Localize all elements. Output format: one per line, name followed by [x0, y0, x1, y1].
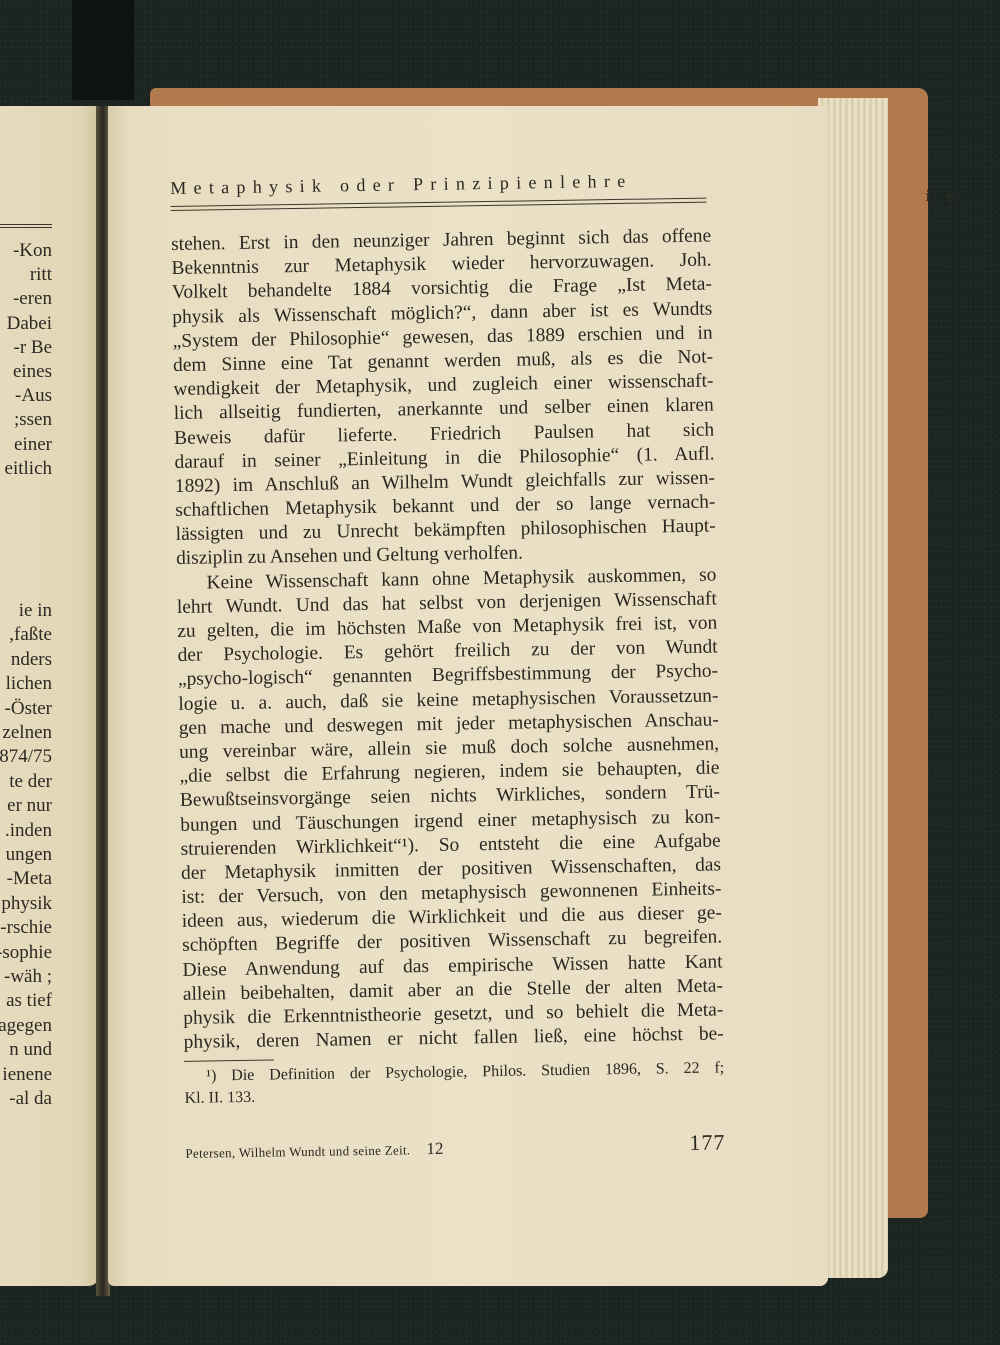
page-number: 177 — [689, 1130, 725, 1157]
left-page-line: Öster- — [0, 698, 52, 720]
left-page-line: ritt — [0, 264, 52, 286]
left-page-line: physik — [0, 893, 52, 915]
signature-number: 12 — [426, 1139, 443, 1158]
left-head-rule — [0, 224, 52, 228]
left-page-line: agegen — [0, 1015, 52, 1037]
footnote: ¹) Die Definition der Psychologie, Philo… — [184, 1058, 725, 1110]
left-page-line: inden. — [0, 820, 52, 842]
left-page-line: Kon- — [0, 240, 52, 262]
right-page-content: Metaphysik oder Prinzipienlehre stehen. … — [170, 162, 726, 1165]
left-page-line: 874/75 — [0, 746, 52, 768]
left-page-line: ungen — [0, 844, 52, 866]
printer-signature: Petersen, Wilhelm Wundt und seine Zeit. — [185, 1143, 410, 1162]
body-text: stehen. Erst in den neunziger Jahren beg… — [171, 225, 724, 1056]
left-page-line: er nur — [0, 795, 52, 817]
left-page-line: eitlich — [0, 458, 52, 480]
left-page-line: as tief — [0, 990, 52, 1012]
left-page-line: faßte, — [0, 624, 52, 646]
left-running-head: i e — [925, 186, 960, 206]
left-page-line: nders — [0, 649, 52, 671]
left-page-line: al da- — [0, 1088, 52, 1110]
left-page-line: rschie- — [0, 917, 52, 939]
left-page-line: Meta- — [0, 868, 52, 890]
left-page-line: sophie- — [0, 942, 52, 964]
left-page-line: Dabei — [0, 313, 52, 335]
left-page-line: r Be- — [0, 337, 52, 359]
left-page-line: zelnen — [0, 722, 52, 744]
footnote-rule — [184, 1060, 274, 1062]
left-page-line: ienene — [0, 1064, 52, 1086]
left-page-line: Aus- — [0, 385, 52, 407]
left-page-line: einer — [0, 434, 52, 456]
page-edges — [818, 98, 888, 1278]
left-page-line: lichen — [0, 673, 52, 695]
running-head: Metaphysik oder Prinzipienlehre — [170, 162, 710, 204]
left-page-line: ssen; — [0, 409, 52, 431]
left-page-line: ; wäh- — [0, 966, 52, 988]
left-page-line: te der — [0, 771, 52, 793]
left-page-line: n und — [0, 1039, 52, 1061]
left-page-line: eines — [0, 361, 52, 383]
left-page-line: eren- — [0, 288, 52, 310]
left-page-line: ie in — [0, 600, 52, 622]
background-gap — [72, 0, 134, 100]
